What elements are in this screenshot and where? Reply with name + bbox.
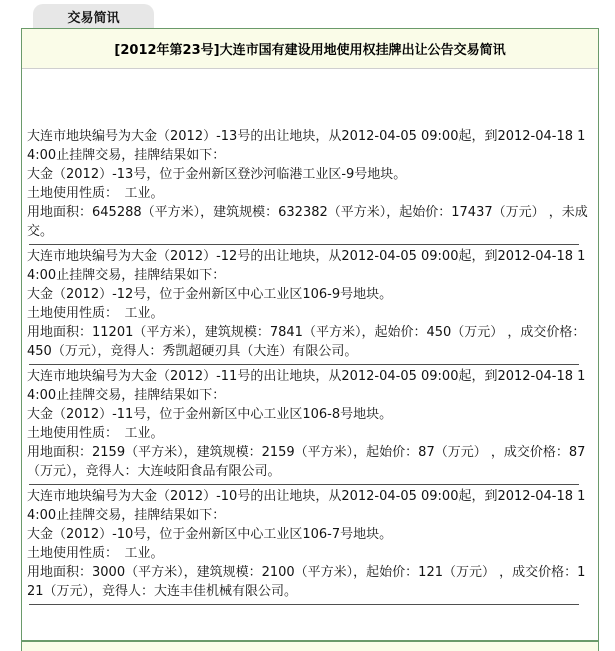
parcel-block-12: 大连市地块编号为大金（2012）-12号的出让地块，从2012-04-05 09… (27, 247, 593, 365)
parcel-block-10: 大连市地块编号为大金（2012）-10号的出让地块，从2012-04-05 09… (27, 487, 593, 605)
parcel-location: 大金（2012）-11号，位于金州新区中心工业区106-8号地块。 (27, 405, 593, 424)
tab-transaction-brief-label: 交易简讯 (67, 7, 119, 26)
parcel-details: 用地面积：2159（平方米），建筑规模：2159（平方米），起始价：87（万元）… (27, 443, 593, 481)
block-divider (29, 364, 579, 365)
announcement-body: 大连市地块编号为大金（2012）-13号的出让地块，从2012-04-05 09… (22, 69, 598, 605)
parcel-intro: 大连市地块编号为大金（2012）-13号的出让地块，从2012-04-05 09… (27, 127, 593, 165)
parcel-details: 用地面积：645288（平方米），建筑规模：632382（平方米），起始价：17… (27, 203, 593, 241)
parcel-block-11: 大连市地块编号为大金（2012）-11号的出让地块，从2012-04-05 09… (27, 367, 593, 485)
page: { "tab": { "label": "交易简讯" }, "announcem… (0, 0, 615, 651)
announcement-title: [2012年第23号]大连市国有建设用地使用权挂牌出让公告交易简讯 (22, 29, 598, 69)
announcement-panel: [2012年第23号]大连市国有建设用地使用权挂牌出让公告交易简讯 大连市地块编… (21, 28, 599, 641)
parcel-details: 用地面积：11201（平方米），建筑规模：7841（平方米），起始价：450（万… (27, 323, 593, 361)
block-divider (29, 604, 579, 605)
tab-transaction-brief[interactable]: 交易简讯 (33, 4, 154, 28)
parcel-location: 大金（2012）-13号，位于金州新区登沙河临港工业区-9号地块。 (27, 165, 593, 184)
parcel-usage: 土地使用性质： 工业。 (27, 544, 593, 563)
next-section-panel-partial (21, 641, 599, 651)
parcel-block-13: 大连市地块编号为大金（2012）-13号的出让地块，从2012-04-05 09… (27, 127, 593, 245)
parcel-intro: 大连市地块编号为大金（2012）-12号的出让地块，从2012-04-05 09… (27, 247, 593, 285)
parcel-intro: 大连市地块编号为大金（2012）-10号的出让地块，从2012-04-05 09… (27, 487, 593, 525)
block-divider (29, 484, 579, 485)
parcel-intro: 大连市地块编号为大金（2012）-11号的出让地块，从2012-04-05 09… (27, 367, 593, 405)
block-divider (29, 244, 579, 245)
parcel-location: 大金（2012）-10号，位于金州新区中心工业区106-7号地块。 (27, 525, 593, 544)
parcel-usage: 土地使用性质： 工业。 (27, 424, 593, 443)
parcel-usage: 土地使用性质： 工业。 (27, 184, 593, 203)
parcel-details: 用地面积：3000（平方米），建筑规模：2100（平方米），起始价：121（万元… (27, 563, 593, 601)
parcel-usage: 土地使用性质： 工业。 (27, 304, 593, 323)
parcel-location: 大金（2012）-12号，位于金州新区中心工业区106-9号地块。 (27, 285, 593, 304)
